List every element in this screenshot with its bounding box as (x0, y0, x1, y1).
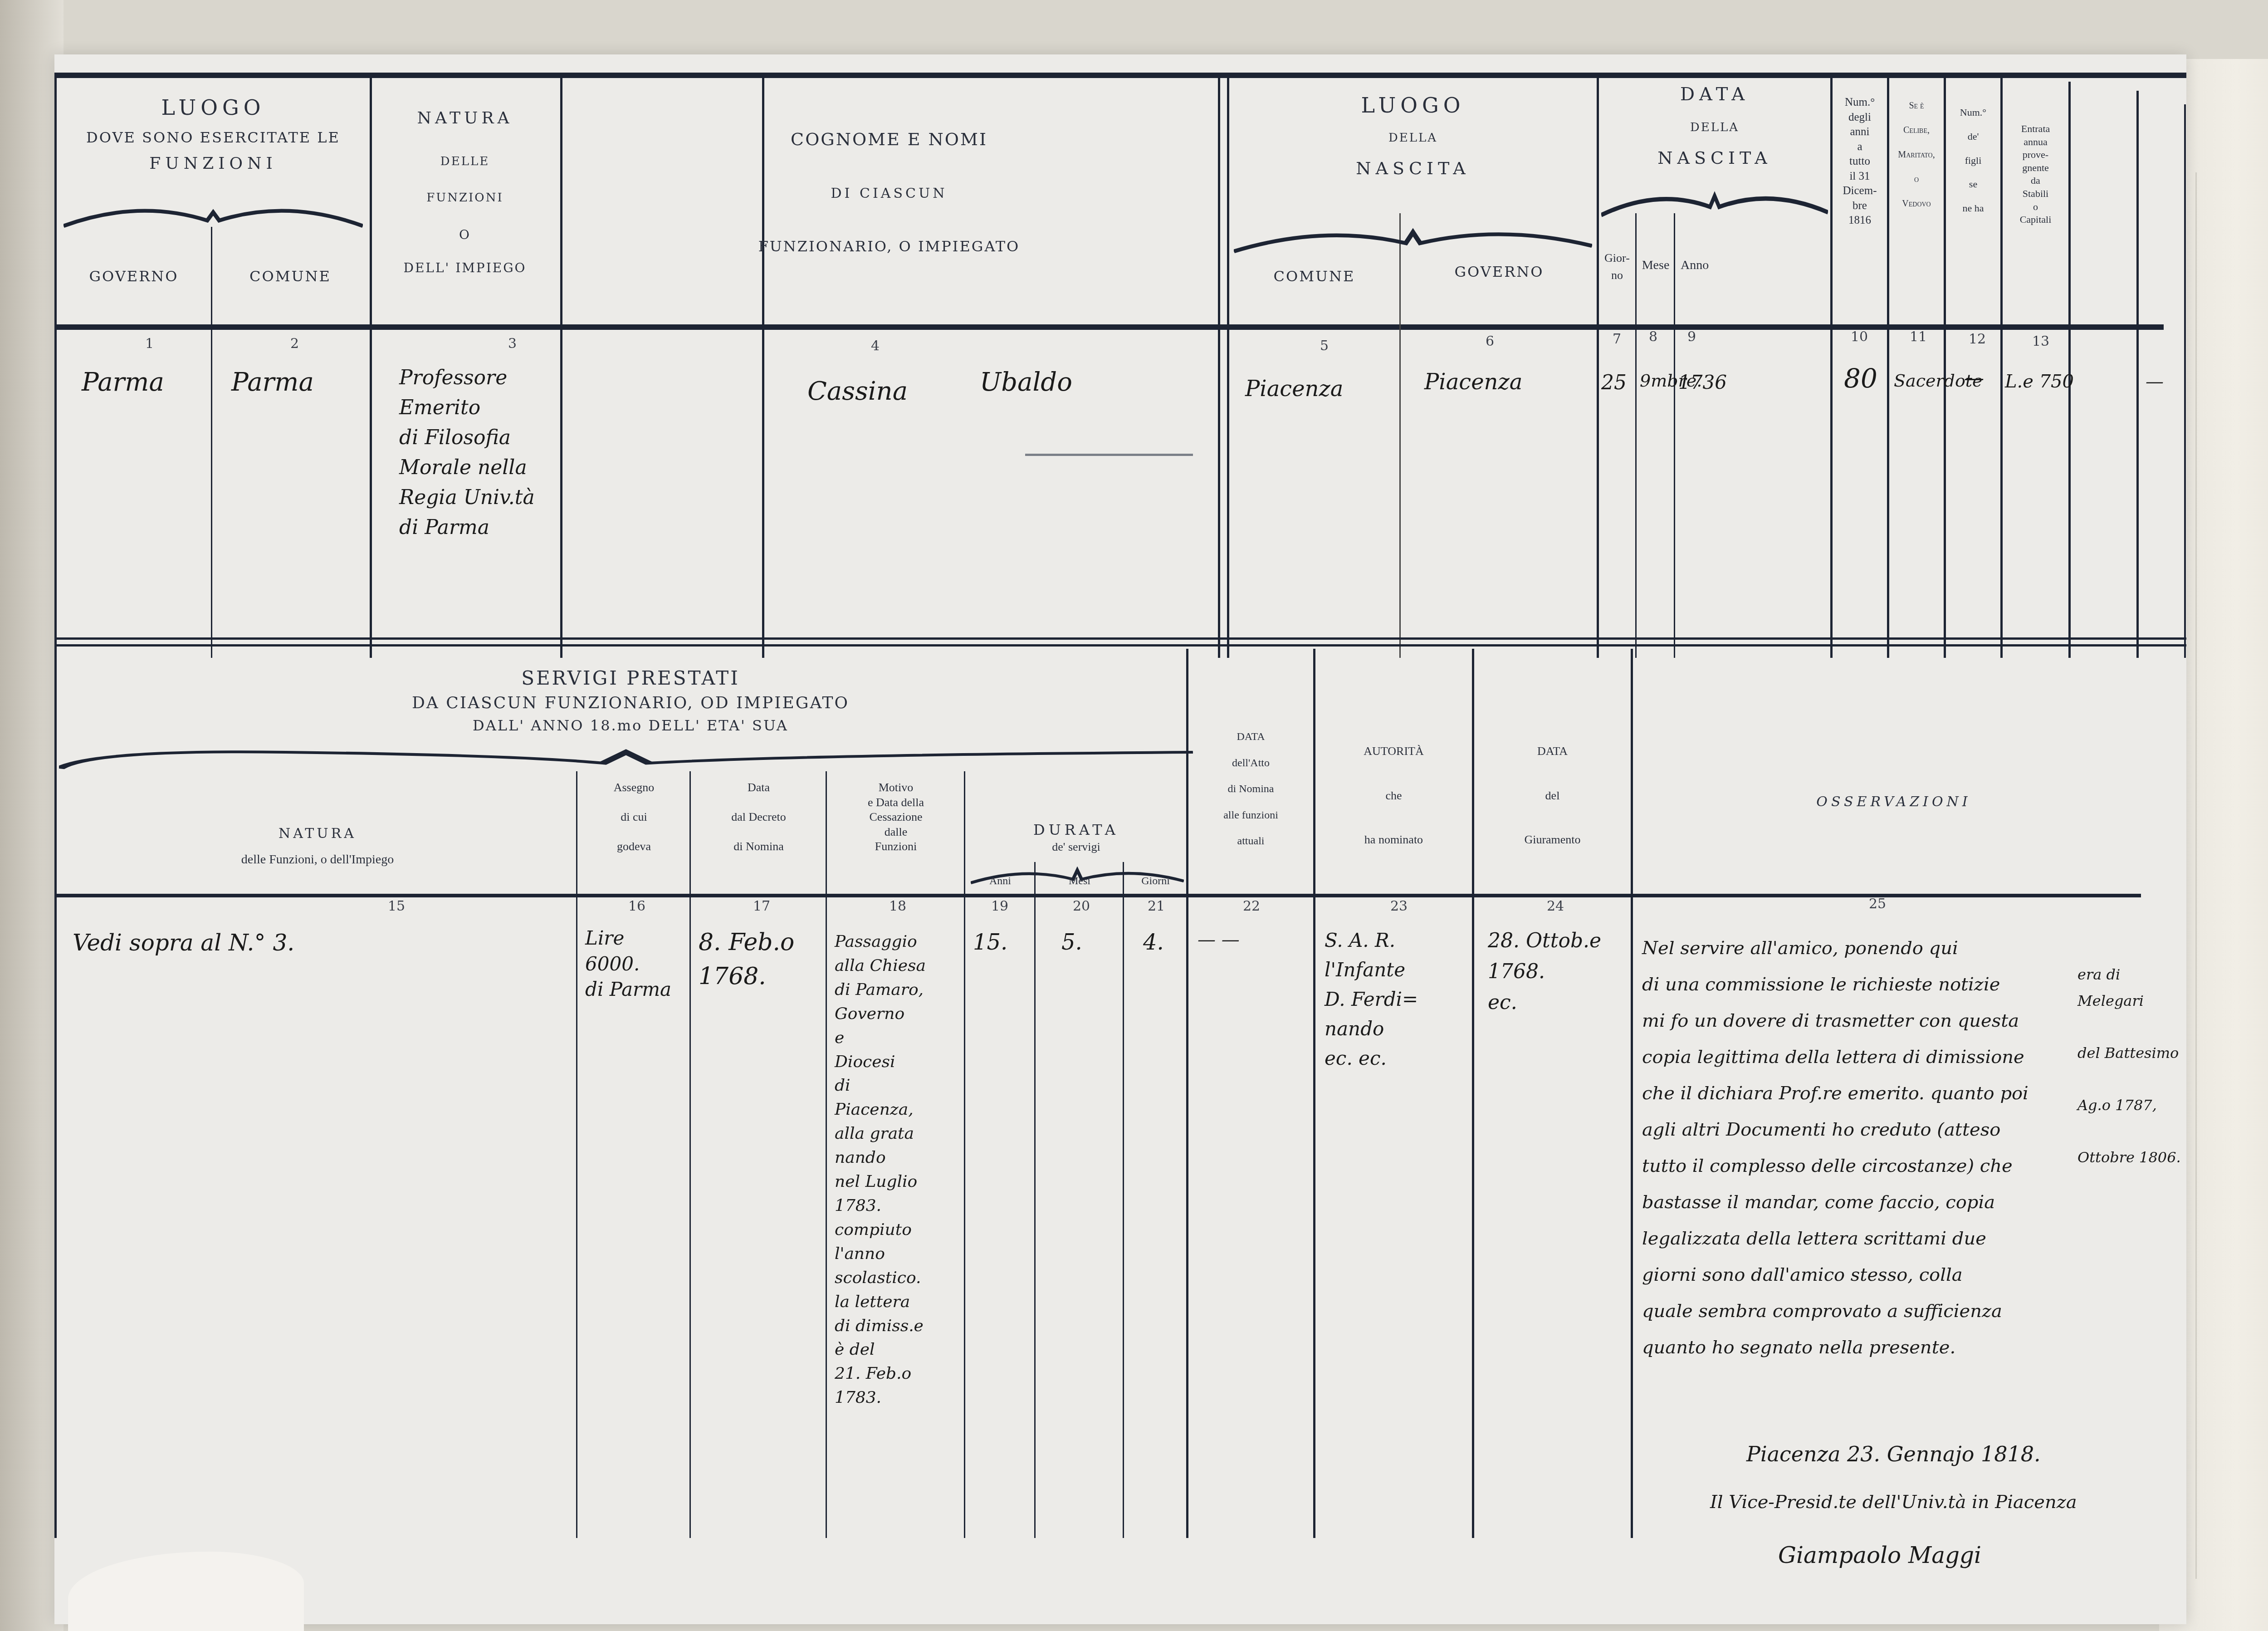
header-luogo-funzioni: LUOGO DOVE SONO ESERCITATE LE FUNZIONI (59, 95, 367, 173)
header-giorno: Gior- no (1599, 250, 1635, 284)
divider (826, 771, 827, 1538)
header-text: DELLA (1599, 121, 1830, 134)
entry-governo: Parma (82, 363, 164, 402)
header-text: DELLE (372, 155, 558, 168)
header-durata: DURATA de' servigi (966, 821, 1186, 856)
entry-figli: — (1964, 363, 1984, 394)
header-governo: GOVERNO (59, 268, 209, 285)
column-number: 21 (1148, 898, 1165, 914)
header-comune: COMUNE (1229, 268, 1399, 285)
entry-giorno: 25 (1601, 367, 1627, 398)
header-text: NATURA (372, 109, 558, 127)
header-text: DURATA (966, 821, 1186, 838)
header-text: COGNOME E NOMI (562, 129, 1216, 149)
header-anni: Anni (966, 873, 1034, 889)
column-number: 25 (1869, 896, 1886, 912)
entry-osservazioni: Nel servire all'amico, ponendo qui di un… (1642, 930, 2028, 1366)
header-giorni: Giorni (1125, 873, 1186, 889)
column-number: 18 (889, 898, 906, 914)
entry-nome: Ubaldo (980, 363, 1072, 402)
header-motivo: Motivo e Data della Cessazione dalle Fun… (828, 780, 964, 854)
header-text: DATA (1599, 84, 1830, 105)
header-text: SERVIGI PRESTATI (64, 667, 1198, 689)
entry-anno: 1736 (1678, 367, 1727, 397)
header-text: DI CIASCUN (562, 186, 1216, 201)
header-luogo-nascita: LUOGO DELLA NASCITA (1229, 93, 1597, 178)
header-text: DALL' ANNO 18.mo DELL' ETA' SUA (64, 717, 1198, 734)
header-assegno: Assegno di cui godeva (578, 780, 689, 854)
divider (1635, 213, 1637, 658)
column-number: 10 (1851, 329, 1868, 345)
header-data-atto: DATA dell'Atto di Nomina alle funzioni a… (1188, 730, 1313, 848)
entry-motivo: Passaggio alla Chiesa di Pamaro, Governo… (835, 930, 926, 1410)
divider (54, 894, 2141, 897)
header-data-decreto: Data dal Decreto di Nomina (692, 780, 826, 854)
divider (1025, 454, 1193, 456)
column-number: 23 (1390, 898, 1408, 914)
brace-ornament (1234, 227, 1592, 254)
entry-autorita: S. A. R. l'Infante D. Ferdi= nando ec. e… (1325, 926, 1418, 1073)
left-border (54, 73, 57, 1538)
header-text: FUNZIONI (59, 154, 367, 173)
entry-data-atto: — — (1198, 926, 1240, 954)
entry-anni: 80 (1844, 358, 1877, 399)
column-number: 24 (1547, 898, 1564, 914)
divider (211, 227, 212, 658)
entry-data-giuramento: 28. Ottob.e 1768. ec. (1488, 926, 1601, 1019)
header-comune: COMUNE (213, 268, 367, 285)
header-data-giuramento: DATA del Giuramento (1474, 744, 1631, 847)
divider (1034, 862, 1036, 1538)
divider (1631, 649, 1633, 1538)
header-stato-civile: Se è Celibe, Maritato, o Vedovo (1889, 100, 1944, 210)
header-num-figli: Num.° de' figli se ne ha (1946, 107, 2000, 215)
brace-ornament (1601, 191, 1828, 218)
header-mesi: Mesi (1036, 873, 1123, 889)
header-text: de' servigi (966, 838, 1186, 856)
entry-anni-servizio: 15. (973, 926, 1007, 959)
entry-mesi-servizio: 5. (1061, 926, 1082, 959)
divider (2184, 104, 2186, 658)
entry-natura-servigi: Vedi sopra al N.° 3. (73, 926, 294, 961)
header-text: NASCITA (1229, 158, 1597, 178)
column-number: 7 (1613, 331, 1621, 347)
column-number: 4 (871, 338, 880, 354)
header-entrata: Entrata annua prove- gnente da Stabili o… (2003, 122, 2068, 226)
header-text: DOVE SONO ESERCITATE LE (59, 129, 367, 146)
signer-title: Il Vice-Presid.te dell'Univ.tà in Piacen… (1710, 1488, 2077, 1516)
header-data-nascita: DATA DELLA NASCITA (1599, 84, 1830, 168)
divider (1218, 73, 1220, 658)
divider (1399, 213, 1401, 658)
header-natura: NATURA DELLE FUNZIONI O DELL' IMPIEGO (372, 109, 558, 275)
entry-cognome: Cassina (807, 372, 908, 411)
header-text: O (372, 227, 558, 242)
divider (54, 637, 2186, 640)
header-text: delle Funzioni, o dell'Impiego (64, 851, 572, 869)
entry-extra: — (2146, 367, 2164, 396)
date-place-line: Piacenza 23. Gennajo 1818. (1746, 1438, 2041, 1470)
entry-natura-funzioni: Professore Emerito di Filosofia Morale n… (399, 363, 535, 543)
background-left (0, 0, 64, 1631)
column-number: 22 (1243, 898, 1260, 914)
margin-note: era di Melegari del Battesimo Ag.o 1787,… (2077, 962, 2186, 1171)
header-mese: Mese (1637, 256, 1674, 275)
entry-data-decreto: 8. Feb.o 1768. (699, 926, 794, 994)
signature: Giampaolo Maggi (1778, 1538, 1981, 1573)
header-text: NASCITA (1599, 148, 1830, 168)
divider (689, 771, 691, 1538)
column-number: 3 (508, 336, 517, 352)
column-number: 15 (388, 898, 405, 914)
column-number: 19 (991, 898, 1008, 914)
column-number: 12 (1969, 331, 1986, 347)
column-number: 9 (1687, 329, 1696, 345)
header-text: LUOGO (1229, 93, 1597, 118)
header-cognome: COGNOME E NOMI DI CIASCUN FUNZIONARIO, O… (562, 129, 1216, 255)
column-number: 5 (1320, 338, 1329, 354)
header-text: NATURA (64, 826, 572, 842)
column-number: 2 (290, 336, 299, 352)
top-border (54, 73, 2186, 78)
divider (54, 644, 2186, 647)
entry-nascita-governo: Piacenza (1424, 365, 1522, 399)
divider (964, 771, 965, 1538)
header-text: LUOGO (59, 95, 367, 120)
header-autorita: AUTORITÀ che ha nominato (1315, 744, 1472, 847)
divider (2136, 91, 2139, 658)
column-number: 1 (145, 336, 154, 352)
header-num-anni: Num.° degli anni a tutto il 31 Dicem- br… (1833, 95, 1887, 228)
column-number: 6 (1486, 333, 1494, 349)
column-number: 13 (2032, 333, 2049, 349)
entry-nascita-comune: Piacenza (1245, 372, 1343, 406)
header-text: FUNZIONARIO, O IMPIEGATO (562, 238, 1216, 255)
divider (1123, 862, 1124, 1538)
header-governo: GOVERNO (1402, 263, 1597, 280)
header-servigi-prestati: SERVIGI PRESTATI DA CIASCUN FUNZIONARIO,… (64, 667, 1198, 734)
brace-ornament (64, 204, 363, 231)
document-sheet: LUOGO DOVE SONO ESERCITATE LE FUNZIONI G… (54, 54, 2186, 1624)
column-number: 16 (628, 898, 645, 914)
header-anno: Anno (1676, 256, 1830, 275)
entry-entrata: L.e 750 (2005, 367, 2074, 396)
header-text: DA CIASCUN FUNZIONARIO, OD IMPIEGATO (64, 694, 1198, 712)
header-osservazioni: OSSERVAZIONI (1633, 794, 2155, 810)
header-text: DELL' IMPIEGO (372, 260, 558, 275)
column-number: 11 (1910, 329, 1927, 345)
header-text: DELLA (1229, 131, 1597, 145)
header-text: FUNZIONI (372, 191, 558, 205)
column-number: 17 (753, 898, 770, 914)
divider (1674, 213, 1675, 658)
column-number: 20 (1073, 898, 1090, 914)
divider (576, 771, 577, 1538)
column-number: 8 (1649, 329, 1657, 345)
entry-assegno: Lire 6000. di Parma (585, 926, 671, 1003)
entry-giorni-servizio: 4. (1143, 926, 1164, 959)
brace-ornament (59, 744, 1193, 771)
entry-comune: Parma (231, 363, 314, 402)
header-natura-servigi: NATURA delle Funzioni, o dell'Impiego (64, 826, 572, 869)
